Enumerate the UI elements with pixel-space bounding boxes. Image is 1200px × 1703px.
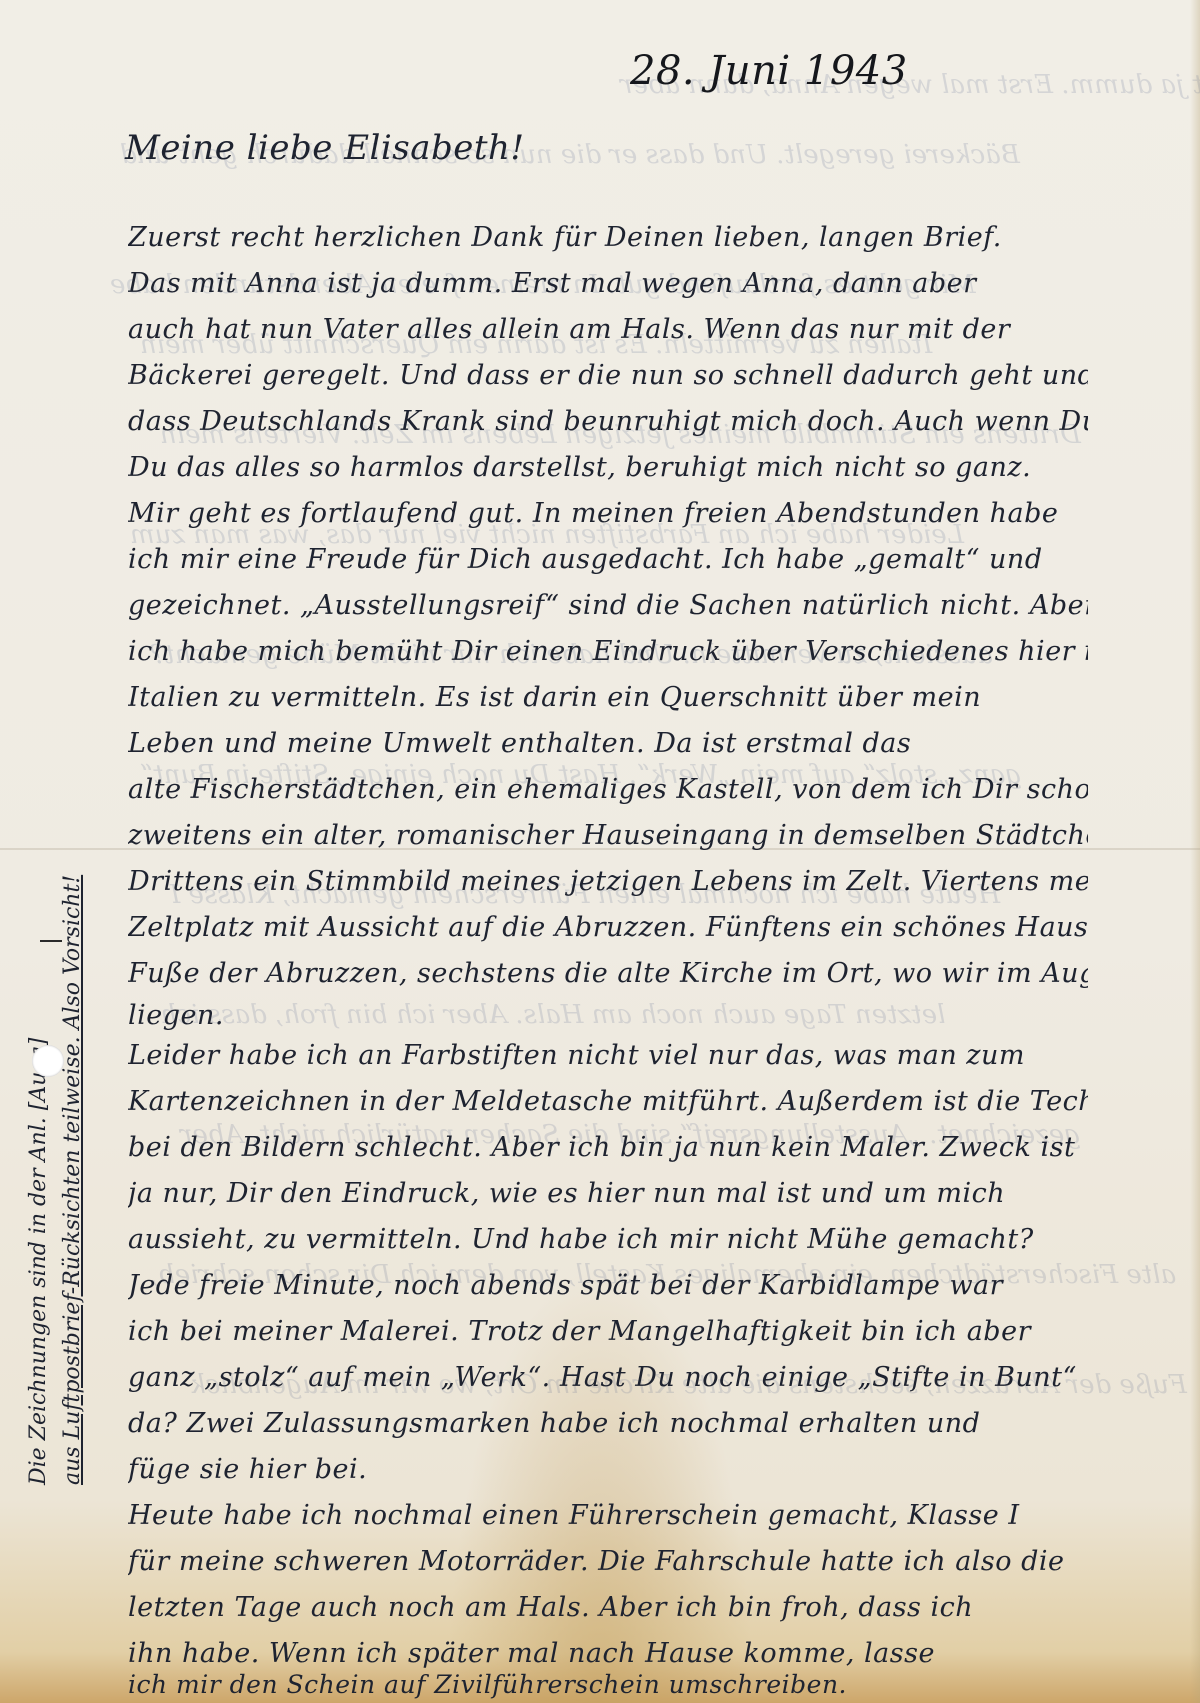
letter-line: ich habe mich bemüht Dir einen Eindruck … bbox=[128, 636, 1088, 667]
letter-line: füge sie hier bei. bbox=[128, 1454, 1088, 1485]
letter-line: gezeichnet. „Ausstellungsreif“ sind die … bbox=[128, 590, 1088, 621]
letter-line: ich mir eine Freude für Dich ausgedacht.… bbox=[128, 544, 1088, 575]
letter-line: bei den Bildern schlecht. Aber ich bin j… bbox=[128, 1132, 1088, 1163]
letter-line: aussieht, zu vermitteln. Und habe ich mi… bbox=[128, 1224, 1088, 1255]
letter-line: auch hat nun Vater alles allein am Hals.… bbox=[128, 314, 1088, 345]
letter-line: Das mit Anna ist ja dumm. Erst mal wegen… bbox=[128, 268, 1088, 299]
letter-line: da? Zwei Zulassungsmarken habe ich nochm… bbox=[128, 1408, 1088, 1439]
letter-line: Heute habe ich nochmal einen Führerschei… bbox=[128, 1500, 1088, 1531]
letter-line: Du das alles so harmlos darstellst, beru… bbox=[128, 452, 1088, 483]
bleed-through-text: Das mit Anna ist ja dumm. Erst mal wegen… bbox=[0, 0, 1200, 1703]
letter-line: Bäckerei geregelt. Und dass er die nun s… bbox=[128, 360, 1088, 391]
letter-line: für meine schweren Motorräder. Die Fahrs… bbox=[128, 1546, 1088, 1577]
letter-line: dass Deutschlands Krank sind beunruhigt … bbox=[128, 406, 1088, 437]
letter-line: Mir geht es fortlaufend gut. In meinen f… bbox=[128, 498, 1088, 529]
letter-line: letzten Tage auch noch am Hals. Aber ich… bbox=[128, 1592, 1088, 1623]
letter-page: Das mit Anna ist ja dumm. Erst mal wegen… bbox=[0, 0, 1200, 1703]
letter-salutation: Meine liebe Elisabeth! bbox=[125, 128, 525, 168]
letter-line: Italien zu vermitteln. Es ist darin ein … bbox=[128, 682, 1088, 713]
letter-line: Drittens ein Stimmbild meines jetzigen L… bbox=[128, 866, 1088, 897]
letter-line: Leider habe ich an Farbstiften nicht vie… bbox=[128, 1040, 1088, 1071]
margin-note-line: aus Luftpostbrief-Rücksichten teilweise.… bbox=[56, 875, 90, 1485]
letter-line: ich mir den Schein auf Zivilführerschein… bbox=[128, 1670, 1088, 1699]
letter-line: Fuße der Abruzzen, sechstens die alte Ki… bbox=[128, 958, 1088, 989]
letter-line: zweitens ein alter, romanischer Hauseing… bbox=[128, 820, 1088, 851]
margin-note: Die Zeichnungen sind in der Anl. [Ausg] … bbox=[22, 875, 90, 1485]
letter-line: Zuerst recht herzlichen Dank für Deinen … bbox=[128, 222, 1088, 253]
letter-line: ihn habe. Wenn ich später mal nach Hause… bbox=[128, 1638, 1088, 1669]
margin-note-line: Die Zeichnungen sind in der Anl. [Ausg] bbox=[22, 875, 56, 1485]
letter-line: Kartenzeichnen in der Meldetasche mitfüh… bbox=[128, 1086, 1088, 1117]
letter-line: alte Fischerstädtchen, ein ehemaliges Ka… bbox=[128, 774, 1088, 805]
paper-edge-shadow bbox=[1190, 0, 1200, 1703]
letter-line: ganz „stolz“ auf mein „Werk“. Hast Du no… bbox=[128, 1362, 1088, 1393]
letter-line: ja nur, Dir den Eindruck, wie es hier nu… bbox=[128, 1178, 1088, 1209]
letter-line: Leben und meine Umwelt enthalten. Da ist… bbox=[128, 728, 1088, 759]
letter-line: Jede freie Minute, noch abends spät bei … bbox=[128, 1270, 1088, 1301]
punch-hole bbox=[32, 1045, 64, 1077]
letter-date: 28. Juni 1943 bbox=[630, 48, 908, 94]
letter-line: liegen. bbox=[128, 1000, 1088, 1031]
letter-line: ich bei meiner Malerei. Trotz der Mangel… bbox=[128, 1316, 1088, 1347]
letter-line: Zeltplatz mit Aussicht auf die Abruzzen.… bbox=[128, 912, 1088, 943]
